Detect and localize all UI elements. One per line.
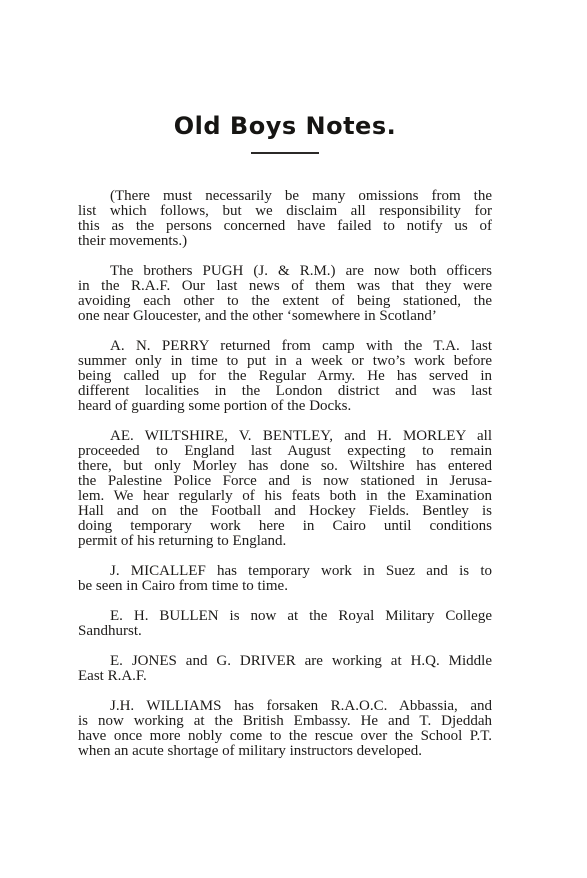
text-line: permit of his returning to England.: [78, 534, 492, 549]
text-line: heard of guarding some portion of the Do…: [78, 399, 492, 414]
text-line: list which follows, but we disclaim all …: [78, 204, 492, 219]
text-line: different localities in the London distr…: [78, 384, 492, 399]
title-divider: [251, 152, 319, 154]
text-line: AE. WILTSHIRE, V. BENTLEY, and H. MORLEY…: [78, 429, 492, 444]
paragraph: A. N. PERRY returned from camp with the …: [78, 339, 492, 414]
text-line: A. N. PERRY returned from camp with the …: [78, 339, 492, 354]
paragraph: E. H. BULLEN is now at the Royal Militar…: [78, 609, 492, 639]
text-line: being called up for the Regular Army. He…: [78, 369, 492, 384]
text-line: The brothers PUGH (J. & R.M.) are now bo…: [78, 264, 492, 279]
document-page: Old Boys Notes. (There must necessarily …: [0, 0, 587, 878]
text-line: in the R.A.F. Our last news of them was …: [78, 279, 492, 294]
text-line: there, but only Morley has done so. Wilt…: [78, 459, 492, 474]
text-line: when an acute shortage of military instr…: [78, 744, 492, 759]
text-line: East R.A.F.: [78, 669, 492, 684]
text-line: avoiding each other to the extent of bei…: [78, 294, 492, 309]
paragraph: (There must necessarily be many omission…: [78, 189, 492, 249]
paragraph: J.H. WILLIAMS has forsaken R.A.O.C. Abba…: [78, 699, 492, 759]
text-line: lem. We hear regularly of his feats both…: [78, 489, 492, 504]
text-line: E. H. BULLEN is now at the Royal Militar…: [78, 609, 492, 624]
text-line: proceeded to England last August expecti…: [78, 444, 492, 459]
text-line: J. MICALLEF has temporary work in Suez a…: [78, 564, 492, 579]
paragraph: E. JONES and G. DRIVER are working at H.…: [78, 654, 492, 684]
page-title: Old Boys Notes.: [78, 112, 492, 140]
text-line: (There must necessarily be many omission…: [78, 189, 492, 204]
text-line: J.H. WILLIAMS has forsaken R.A.O.C. Abba…: [78, 699, 492, 714]
text-line: E. JONES and G. DRIVER are working at H.…: [78, 654, 492, 669]
text-line: Sandhurst.: [78, 624, 492, 639]
text-line: is now working at the British Embassy. H…: [78, 714, 492, 729]
text-line: the Palestine Police Force and is now st…: [78, 474, 492, 489]
text-line: summer only in time to put in a week or …: [78, 354, 492, 369]
text-line: be seen in Cairo from time to time.: [78, 579, 492, 594]
text-line: one near Gloucester, and the other ‘some…: [78, 309, 492, 324]
text-line: their movements.): [78, 234, 492, 249]
text-line: doing temporary work here in Cairo until…: [78, 519, 492, 534]
text-line: this as the persons concerned have faile…: [78, 219, 492, 234]
paragraph: AE. WILTSHIRE, V. BENTLEY, and H. MORLEY…: [78, 429, 492, 549]
paragraph: J. MICALLEF has temporary work in Suez a…: [78, 564, 492, 594]
text-line: have once more nobly come to the rescue …: [78, 729, 492, 744]
text-line: Hall and on the Football and Hockey Fiel…: [78, 504, 492, 519]
article-body: (There must necessarily be many omission…: [78, 189, 492, 774]
masthead: Old Boys Notes.: [78, 112, 492, 154]
paragraph: The brothers PUGH (J. & R.M.) are now bo…: [78, 264, 492, 324]
